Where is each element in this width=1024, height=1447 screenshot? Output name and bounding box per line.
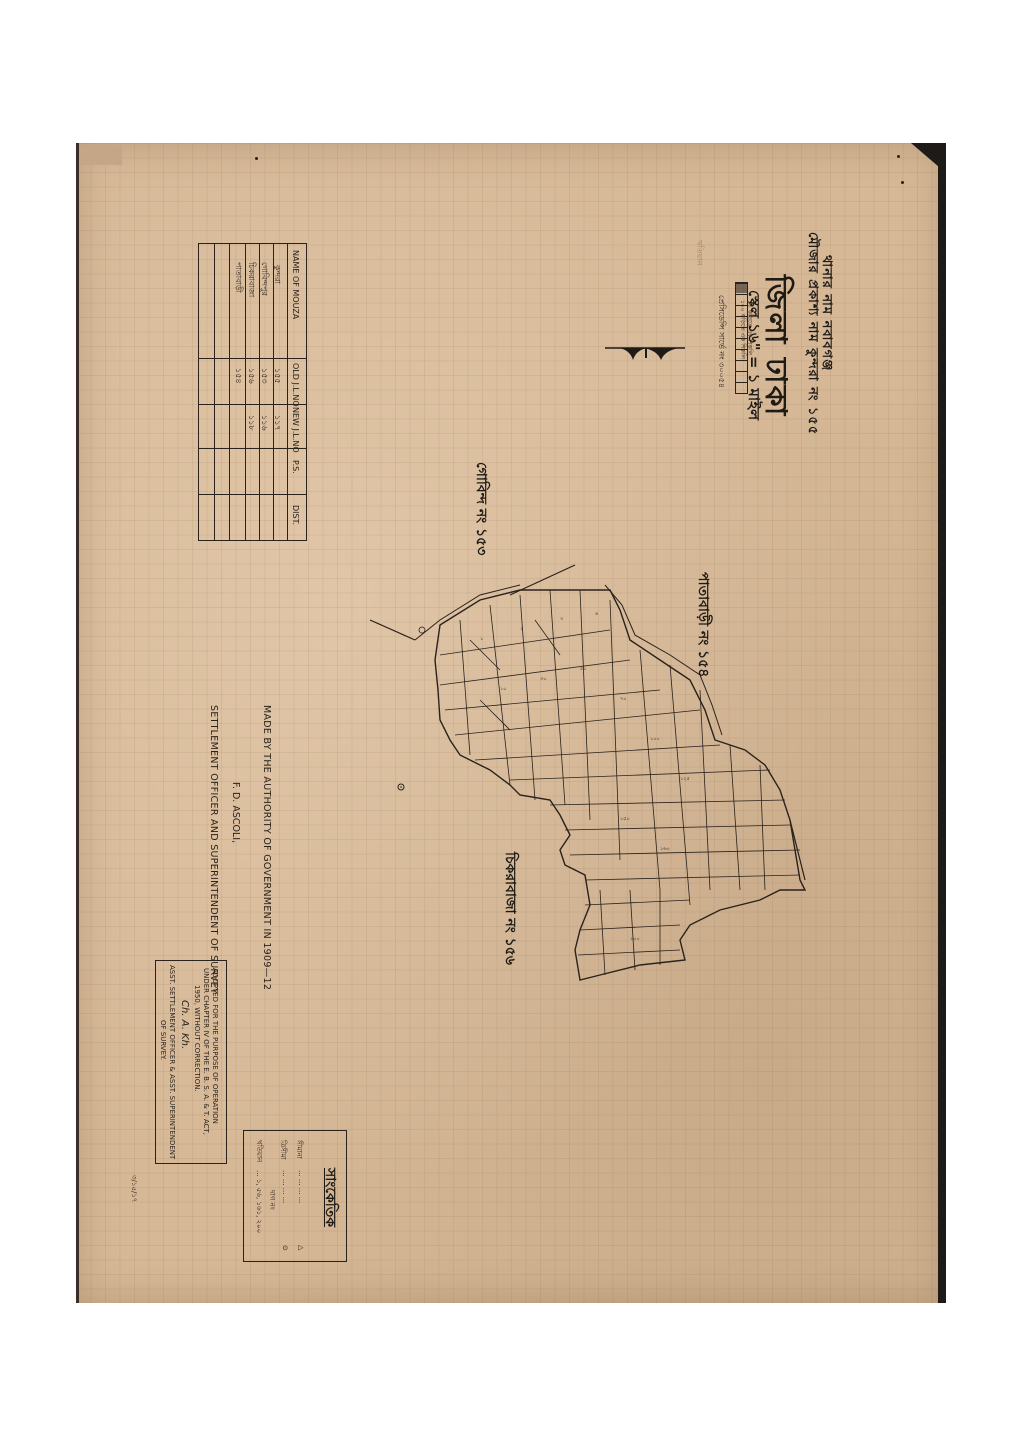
svg-text:১৬০: ১৬০ (660, 846, 670, 852)
cadastral-plot-map: ১২ ৩৪ ১০৩০ ৫০৭০ ১০০১২৫ ১৫০১৬০ ২০০ (360, 560, 810, 1000)
legend-item-label: ত্রিসীমা (277, 1140, 289, 1160)
svg-text:৫০: ৫০ (580, 666, 587, 672)
officer-title: SETTLEMENT OFFICER AND SUPERINTENDENT OF… (208, 705, 219, 994)
svg-text:১২৫: ১২৫ (680, 776, 690, 782)
faded-stamp: খতিয়ান (692, 240, 705, 265)
scale-caption: প্রেসিডেন্সি সার্ভে নং ৩০০৫৪ (714, 295, 727, 388)
ink-dot (901, 181, 904, 184)
legend-item-label: খতিয়ান (253, 1140, 265, 1162)
table-header-dist: DIST. (291, 505, 300, 525)
table-cell-old-jl: ১৫৫ (270, 368, 283, 384)
legend-item-dots: ... ... ... ... (281, 1170, 289, 1203)
svg-text:১: ১ (480, 636, 483, 642)
table-cell-name: পাতাবাড়ী (231, 262, 244, 293)
table-cell-old-jl: ১৫৪ (231, 368, 244, 384)
svg-text:১৫০: ১৫০ (620, 816, 630, 822)
ink-dot (255, 157, 258, 160)
table-cell-name: চিকরাবাজা (244, 262, 257, 297)
sheet-left-edge (76, 143, 79, 1303)
svg-text:৭০: ৭০ (620, 696, 627, 702)
survey-station-icon (397, 783, 405, 791)
table-cell-old-jl: ১৫৬ (244, 368, 257, 384)
svg-text:৩০: ৩০ (540, 676, 547, 682)
svg-text:৩: ৩ (560, 616, 564, 622)
sheet-right-edge (938, 143, 946, 1303)
table-cell-new-jl: ১১৭ (270, 415, 283, 431)
table-header-new-jl: NEW J.L.NO (291, 407, 300, 453)
legend-symbol-circle: ⊙ (281, 1245, 289, 1251)
svg-text:২: ২ (520, 626, 523, 632)
table-header-ps: P.S. (291, 460, 300, 474)
legend-item-dots: ... ... ... ... (297, 1170, 305, 1203)
adjacent-mouza-west: গোবিন্দ নং ১৫৩ (469, 462, 493, 555)
table-cell-name: কুন্দরা (270, 265, 283, 284)
adoption-line-1: ADOPTED FOR THE PURPOSE OF OPERATION (211, 968, 219, 1124)
handwritten-note: ৩/১৫/১৭ (128, 1175, 140, 1202)
adoption-line-5: OF SURVEY. (159, 1020, 167, 1060)
table-header-name: NAME OF MOUZA (291, 250, 300, 319)
svg-text:১০: ১০ (500, 686, 507, 692)
mouza-name: মৌজার প্রকাশ্য নাম কুন্দরা নং ১৫৫ (801, 232, 822, 435)
adoption-line-3: 1950, WITHOUT CORRECTION. (193, 985, 201, 1092)
svg-text:১০০: ১০০ (650, 736, 660, 742)
svg-text:২০০: ২০০ (630, 936, 640, 942)
legend-item-label: সীমানা (293, 1140, 305, 1159)
north-arrow-icon (605, 340, 685, 366)
ink-dot (897, 155, 900, 158)
legend-item-dots: ... ১, ৫৬, ১৬১, ২০০ (253, 1170, 265, 1233)
signature: Ch. A. Kh. (179, 1000, 190, 1049)
table-cell-name: গোবিন্দপুর (257, 262, 270, 296)
legend-symbol-triangle: △ (297, 1245, 305, 1250)
table-cell-new-jl: ১১৮ (244, 415, 257, 431)
legend-item-dots: দাগ নং (266, 1190, 278, 1210)
scale-note-2: ১০০ কড়িতে এক শিকলি (737, 300, 748, 359)
adoption-line-2: UNDER CHAPTER IV OF THE E. B. S. A. & T.… (202, 968, 210, 1135)
table-cell-old-jl: ১৫৩ (257, 368, 270, 384)
legend-title: সাংকেতিক (318, 1168, 342, 1227)
authority-line: MADE BY THE AUTHORITY OF GOVERNMENT IN 1… (261, 705, 272, 990)
adoption-line-4: ASST. SETTLEMENT OFFICER & ASST. SUPERIN… (168, 965, 176, 1159)
paper-patch (80, 145, 122, 165)
svg-text:৪: ৪ (595, 611, 598, 617)
officer-name: F. D. ASCOLI, (230, 782, 241, 843)
table-header-old-jl: OLD J.L.NO (291, 363, 300, 407)
table-cell-new-jl: ১১৬ (257, 415, 270, 431)
